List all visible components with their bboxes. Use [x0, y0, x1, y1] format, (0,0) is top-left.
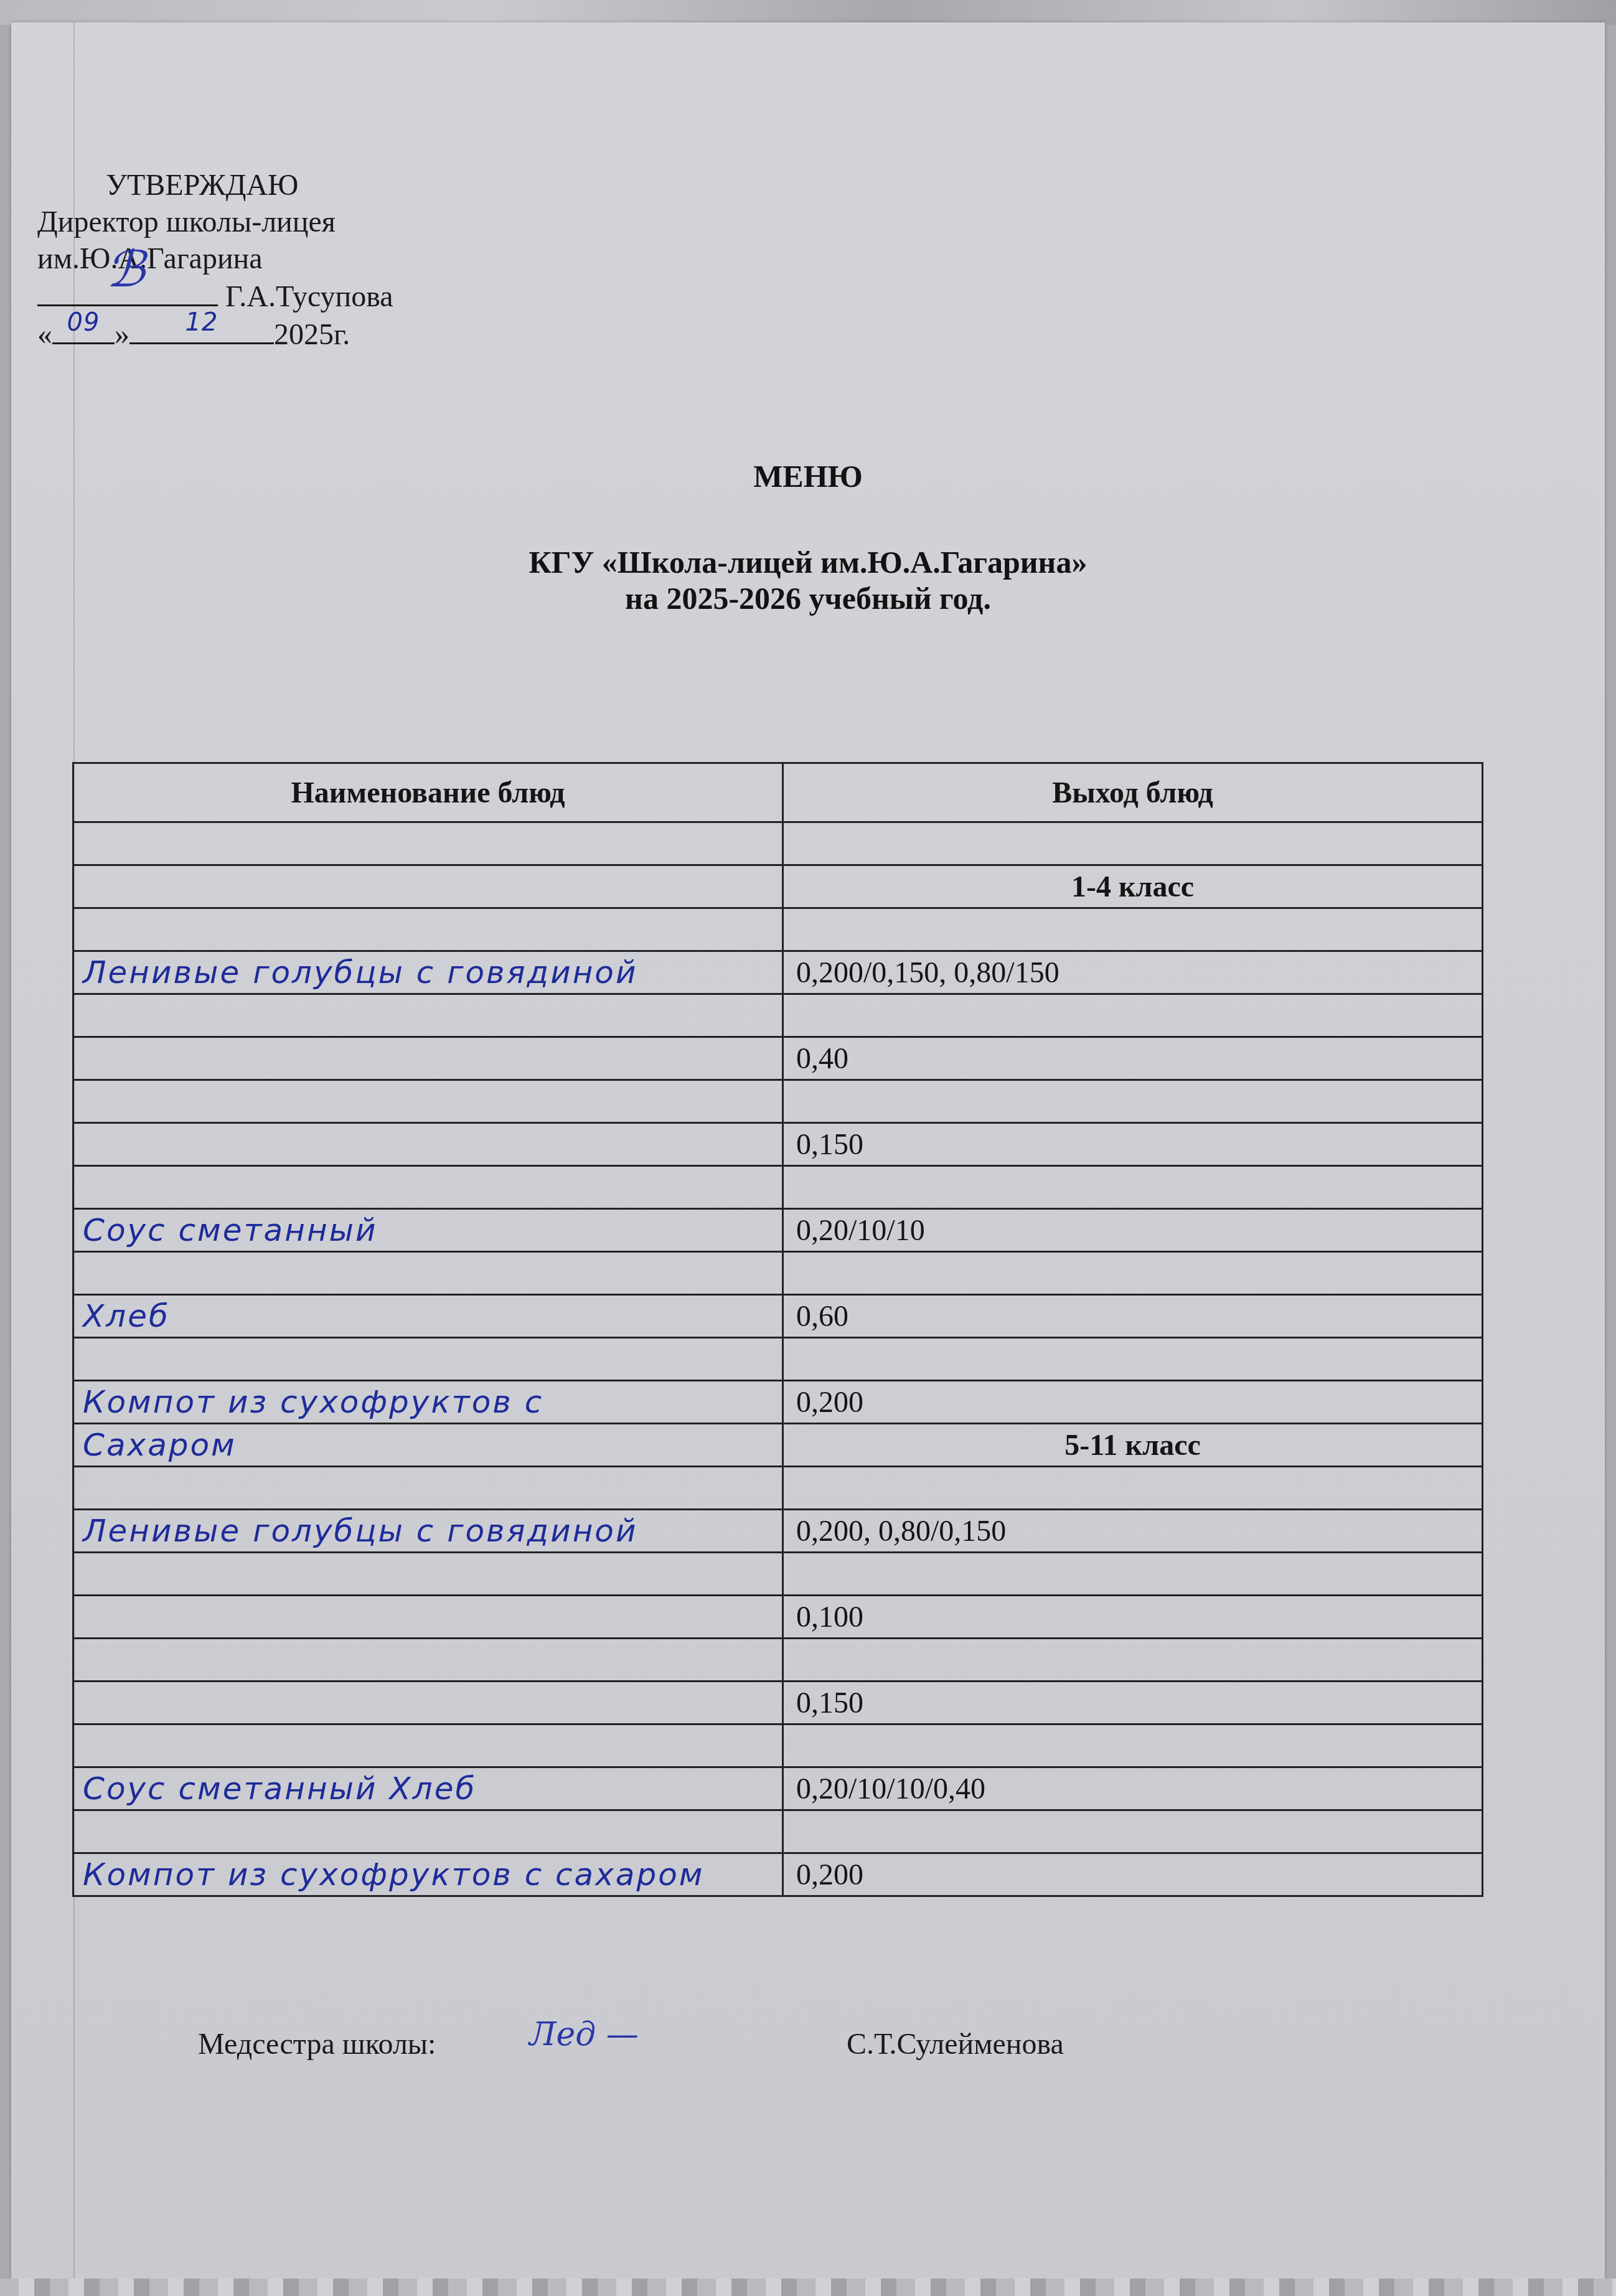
portion-cell: [783, 822, 1483, 865]
document-title: МЕНЮ: [11, 458, 1605, 494]
approver-school: им.Ю.А.Гагарина: [37, 240, 393, 277]
dish-name-cell: [73, 1037, 783, 1080]
table-row: Компот из сухофруктов с сахаром0,200: [73, 1853, 1483, 1896]
table-row: Соус сметанный Хлеб0,20/10/10/0,40: [73, 1767, 1483, 1810]
dish-name-cell: Ленивые голубцы с говядиной: [73, 951, 783, 994]
date-day: 09: [67, 304, 100, 341]
portion-cell: [783, 994, 1483, 1037]
portion-cell: [783, 1810, 1483, 1853]
table-row: [73, 1724, 1483, 1767]
background-surface-top: [0, 0, 1616, 25]
nurse-label: Медсестра школы:: [198, 2028, 436, 2061]
dish-name-cell: [73, 994, 783, 1037]
table-row: [73, 1467, 1483, 1510]
header-dish-name: Наименование блюд: [73, 763, 783, 822]
date-year: 2025г.: [274, 318, 350, 351]
approval-block: УТВЕРЖДАЮ Директор школы-лицея им.Ю.А.Га…: [37, 167, 393, 353]
table-row: [73, 1639, 1483, 1682]
organization-title: КГУ «Школа-лицей им.Ю.А.Гагарина» на 202…: [11, 544, 1605, 616]
dish-name-cell: [73, 822, 783, 865]
table-row: Ленивые голубцы с говядиной0,200, 0,80/0…: [73, 1510, 1483, 1553]
date-open-quote: «: [37, 318, 52, 351]
dish-name-cell: [73, 1596, 783, 1639]
portion-cell: [783, 1252, 1483, 1295]
table-row: 0,100: [73, 1596, 1483, 1639]
table-row: Компот из сухофруктов с0,200: [73, 1381, 1483, 1424]
document-page: УТВЕРЖДАЮ Директор школы-лицея им.Ю.А.Га…: [11, 22, 1605, 2282]
portion-cell: [783, 1553, 1483, 1596]
header-portion: Выход блюд: [783, 763, 1483, 822]
dish-name-cell: Сахаром: [73, 1424, 783, 1467]
director-signature: ℬ: [106, 251, 145, 288]
date-month-blank: 12: [129, 315, 274, 344]
table-row: 0,150: [73, 1123, 1483, 1166]
dish-name-cell: [73, 908, 783, 951]
dish-name-cell: [73, 1682, 783, 1724]
signature-blank: ℬ: [37, 277, 218, 306]
portion-cell: 0,20/10/10/0,40: [783, 1767, 1483, 1810]
dish-name-cell: [73, 1467, 783, 1510]
table-row: Соус сметанный0,20/10/10: [73, 1209, 1483, 1252]
dish-name-cell: [73, 1724, 783, 1767]
table-row: [73, 1252, 1483, 1295]
table-row: [73, 1810, 1483, 1853]
table-row: [73, 994, 1483, 1037]
approval-heading: УТВЕРЖДАЮ: [37, 167, 393, 204]
portion-cell: [783, 908, 1483, 951]
table-row: Ленивые голубцы с говядиной0,200/0,150, …: [73, 951, 1483, 994]
dish-name-cell: [73, 865, 783, 908]
dish-name-cell: Хлеб: [73, 1295, 783, 1338]
portion-cell: 0,150: [783, 1123, 1483, 1166]
table-row: Хлеб0,60: [73, 1295, 1483, 1338]
approver-position: Директор школы-лицея: [37, 204, 393, 240]
academic-period: на 2025-2026 учебный год.: [11, 580, 1605, 616]
nurse-signature: Лед —: [529, 2016, 639, 2053]
date-month: 12: [186, 304, 218, 341]
dish-name-cell: Ленивые голубцы с говядиной: [73, 1510, 783, 1553]
portion-cell: 0,60: [783, 1295, 1483, 1338]
portion-cell: 0,200/0,150, 0,80/150: [783, 951, 1483, 994]
dish-name-cell: [73, 1166, 783, 1209]
approval-date: «09»122025г.: [37, 315, 393, 353]
dish-name-cell: [73, 1252, 783, 1295]
organization-name: КГУ «Школа-лицей им.Ю.А.Гагарина»: [11, 544, 1605, 580]
date-day-blank: 09: [52, 315, 115, 344]
dish-name-cell: [73, 1810, 783, 1853]
portion-cell: 0,200, 0,80/0,150: [783, 1510, 1483, 1553]
table-row: [73, 1080, 1483, 1123]
menu-table: Наименование блюд Выход блюд 1-4 классЛе…: [72, 762, 1483, 1897]
portion-cell: 0,150: [783, 1682, 1483, 1724]
class-section-label: 5-11 класс: [783, 1424, 1483, 1467]
table-row: Сахаром5-11 класс: [73, 1424, 1483, 1467]
nurse-signature-line: Медсестра школы: Лед — С.Т.Сулейменова: [198, 2027, 436, 2061]
table-row: [73, 822, 1483, 865]
table-row: [73, 1166, 1483, 1209]
table-row: [73, 1553, 1483, 1596]
portion-cell: [783, 1338, 1483, 1381]
portion-cell: [783, 1639, 1483, 1682]
class-section-label: 1-4 класс: [783, 865, 1483, 908]
dish-name-cell: Компот из сухофруктов с сахаром: [73, 1853, 783, 1896]
table-row: [73, 908, 1483, 951]
table-row: 0,40: [73, 1037, 1483, 1080]
dish-name-cell: [73, 1553, 783, 1596]
dish-name-cell: Соус сметанный Хлеб: [73, 1767, 783, 1810]
portion-cell: [783, 1080, 1483, 1123]
table-row: 1-4 класс: [73, 865, 1483, 908]
portion-cell: 0,100: [783, 1596, 1483, 1639]
dish-name-cell: [73, 1080, 783, 1123]
portion-cell: 0,40: [783, 1037, 1483, 1080]
table-row: [73, 1338, 1483, 1381]
portion-cell: [783, 1166, 1483, 1209]
table-row: 0,150: [73, 1682, 1483, 1724]
portion-cell: [783, 1467, 1483, 1510]
dish-name-cell: [73, 1639, 783, 1682]
director-name: Г.А.Тусупова: [225, 280, 393, 313]
portion-cell: 0,200: [783, 1853, 1483, 1896]
date-close-quote: »: [115, 318, 129, 351]
dish-name-cell: [73, 1338, 783, 1381]
table-header-row: Наименование блюд Выход блюд: [73, 763, 1483, 822]
portion-cell: 0,200: [783, 1381, 1483, 1424]
nurse-name: С.Т.Сулейменова: [847, 2027, 1064, 2061]
portion-cell: 0,20/10/10: [783, 1209, 1483, 1252]
portion-cell: [783, 1724, 1483, 1767]
background-surface-bottom: [0, 2279, 1616, 2296]
dish-name-cell: [73, 1123, 783, 1166]
dish-name-cell: Компот из сухофруктов с: [73, 1381, 783, 1424]
dish-name-cell: Соус сметанный: [73, 1209, 783, 1252]
